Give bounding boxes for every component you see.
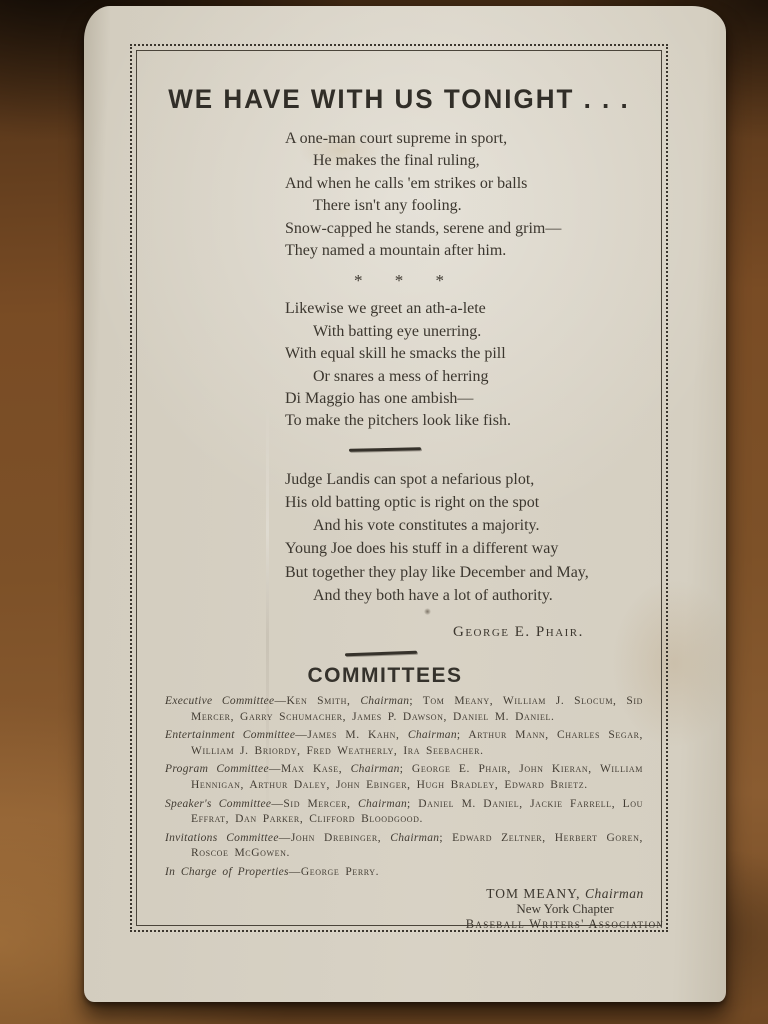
poem-line: Likewise we greet an ath-a-lete (285, 298, 651, 320)
committees-heading: COMMITTEES (133, 664, 637, 688)
horizontal-rule (349, 447, 421, 452)
signature-association: Baseball Writers' Association (405, 917, 725, 933)
chairman-label: Chairman (408, 729, 457, 741)
committee-name: In Charge of Properties (165, 866, 289, 878)
committee-name: Speaker's Committee (165, 798, 271, 810)
program-page: WE HAVE WITH US TONIGHT . . . A one-man … (84, 6, 726, 1002)
poem-line: And when he calls 'em strikes or balls (285, 173, 651, 195)
poem-stanza-3: Judge Landis can spot a nefarious plot, … (285, 468, 651, 607)
committee-chair: —James M. Kahn, (295, 729, 408, 741)
decorative-dotted-border: WE HAVE WITH US TONIGHT . . . A one-man … (130, 44, 668, 932)
committee-chair: —Max Kase, (269, 763, 351, 775)
poem-line: Young Joe does his stuff in a different … (285, 537, 651, 560)
poem-line: Di Maggio has one ambish— (285, 388, 651, 410)
poem-line: And they both have a lot of authority. (285, 584, 651, 607)
poem-line: And his vote constitutes a majority. (285, 514, 651, 537)
poem-stanza-1: A one-man court supreme in sport, He mak… (285, 128, 651, 262)
committee-entry-entertainment: Entertainment Committee—James M. Kahn, C… (165, 728, 643, 759)
signature-block: TOM MEANY, Chairman New York Chapter Bas… (405, 886, 725, 933)
poem-line: Or snares a mess of herring (285, 366, 651, 388)
poem-line: Snow-capped he stands, serene and grim— (285, 218, 651, 240)
poem-line: With batting eye unerring. (285, 321, 651, 343)
asterisk-separator: * * * (147, 271, 651, 291)
poem-line: He makes the final ruling, (285, 150, 651, 172)
poem-line: But together they play like December and… (285, 561, 651, 584)
poem-line: There isn't any fooling. (285, 195, 651, 217)
signature-name: TOM MEANY, Chairman (405, 886, 725, 902)
committees-list: Executive Committee—Ken Smith, Chairman;… (147, 694, 651, 881)
committee-entry-invitations: Invitations Committee—John Drebinger, Ch… (165, 831, 643, 862)
committee-chair: —John Drebinger, (279, 832, 391, 844)
committee-chair: —Sid Mercer, (271, 798, 358, 810)
committee-chair: —Ken Smith, (274, 695, 360, 707)
decorative-inner-border: WE HAVE WITH US TONIGHT . . . A one-man … (136, 50, 662, 926)
committee-name: Executive Committee (165, 695, 274, 707)
committee-name: Program Committee (165, 763, 269, 775)
horizontal-rule (345, 651, 417, 657)
committee-chair: —George Perry. (289, 866, 379, 878)
page-content: WE HAVE WITH US TONIGHT . . . A one-man … (147, 58, 651, 918)
committee-entry-program: Program Committee—Max Kase, Chairman; Ge… (165, 762, 643, 793)
chairman-label: Chairman (351, 763, 400, 775)
chairman-label: Chairman (390, 832, 439, 844)
poem-line: His old batting optic is right on the sp… (285, 491, 651, 514)
chairman-name: TOM MEANY, (486, 886, 585, 901)
poem-line: With equal skill he smacks the pill (285, 343, 651, 365)
chairman-label: Chairman (358, 798, 407, 810)
poem-stanza-2: Likewise we greet an ath-a-lete With bat… (285, 298, 651, 432)
page-title: WE HAVE WITH US TONIGHT . . . (147, 84, 651, 116)
committee-name: Invitations Committee (165, 832, 279, 844)
poem-attribution: George E. Phair. (453, 624, 651, 641)
committee-entry-executive: Executive Committee—Ken Smith, Chairman;… (165, 694, 643, 725)
poem-line: To make the pitchers look like fish. (285, 410, 651, 432)
committee-entry-speakers: Speaker's Committee—Sid Mercer, Chairman… (165, 797, 643, 828)
poem-line: They named a mountain after him. (285, 240, 651, 262)
committee-entry-properties: In Charge of Properties—George Perry. (165, 865, 643, 881)
poem-line: A one-man court supreme in sport, (285, 128, 651, 150)
committee-name: Entertainment Committee (165, 729, 295, 741)
poem-line: Judge Landis can spot a nefarious plot, (285, 468, 651, 491)
chairman-title: Chairman (585, 886, 644, 901)
signature-chapter: New York Chapter (405, 901, 725, 917)
chairman-label: Chairman (360, 695, 409, 707)
